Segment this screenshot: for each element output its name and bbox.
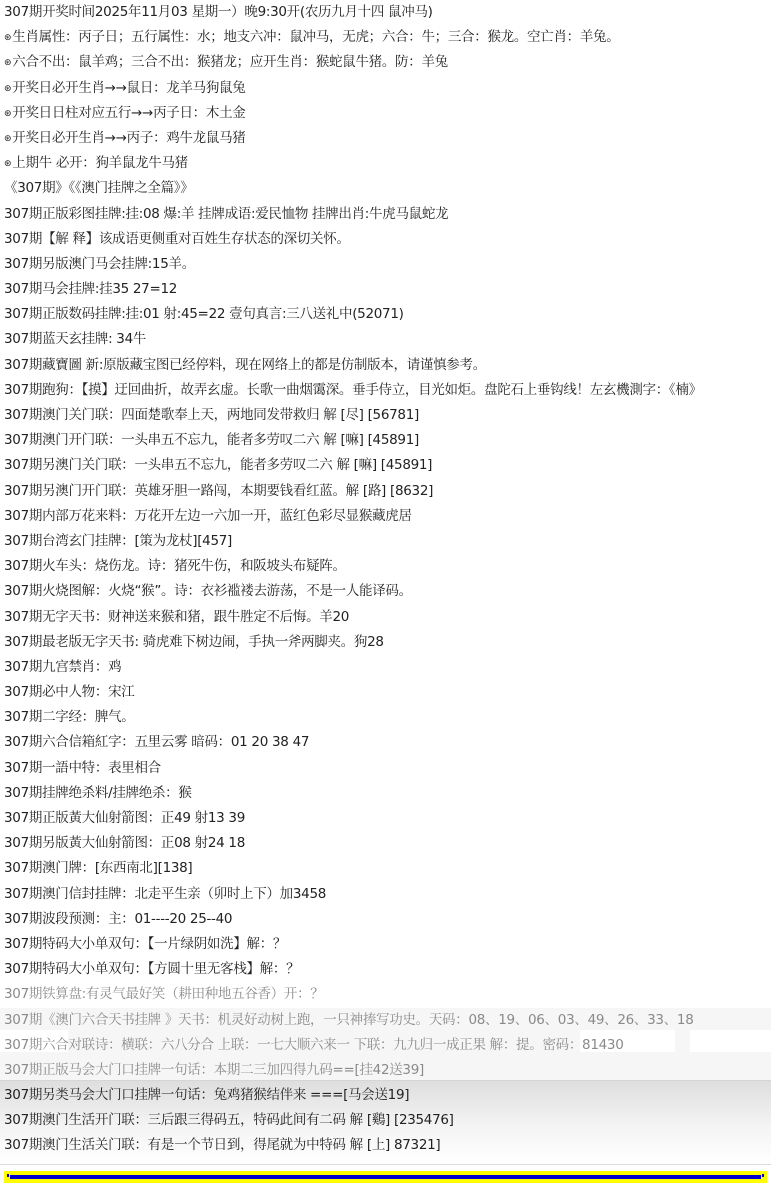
bottom-banner-bar	[4, 1171, 767, 1183]
text-line: 307期【解 释】该成语更侧重对百姓生存状态的深切关怀。	[0, 227, 771, 252]
text-line: 307期澳门信封挂牌：北走平生亲（卯时上下）加3458	[0, 882, 771, 907]
text-line: 307期无字天书：财神送来猴和猪，跟牛胜定不后悔。羊20	[0, 605, 771, 630]
bar-corner-mark	[762, 1174, 764, 1177]
text-line: 307期藏寶圖 新:原版藏宝图已经停料，现在网络上的都是仿制版本，请谨慎参考。	[0, 353, 771, 378]
section-title: 《307期》《《澳门挂牌之全篇》》	[0, 176, 771, 201]
text-line: 307期跑狗：【摸】迂回曲折，故弄玄虚。长歌一曲烟霭深。垂手侍立，目光如炬。盘陀…	[0, 378, 771, 403]
bullet-icon: ⊛	[4, 33, 11, 43]
bar-corner-mark	[7, 1174, 9, 1177]
text-line: 307期九宫禁肖：鸡	[0, 655, 771, 680]
text-line: 307期一語中特：表里相合	[0, 756, 771, 781]
text-line: 307期另澳门关门联：一头串五不忘九，能者多劳叹二六 解 [嘛] [45891]	[0, 453, 771, 478]
bullet-icon: ⊛	[4, 109, 11, 119]
text-line: 307期澳门生活开门联：三后跟三得码五，特码此间有二码 解 [鷄] [23547…	[0, 1108, 771, 1133]
bullet-line: ⊛生肖属性：丙子日；五行属性：水；地支六冲：鼠冲马，无虎；六合：牛；三合：猴龙。…	[0, 25, 771, 50]
bullet-line: ⊛六合不出：鼠羊鸡；三合不出：猴猪龙；应开生肖：猴蛇鼠牛猪。防：羊兔	[0, 50, 771, 75]
article-content: 307期开奖时间2025年11月03 星期一）晚9:30开(农历九月十四 鼠冲马…	[0, 0, 771, 1159]
text-line: 307期台湾玄门挂牌：[策为龙杖][457]	[0, 529, 771, 554]
bullet-icon: ⊛	[4, 58, 11, 68]
text-line: 307期另类马会大门口挂牌一句话：兔鸡猪猴结伴来 ===[马会送19]	[0, 1083, 771, 1108]
text-line: 307期必中人物：宋江	[0, 680, 771, 705]
text-line: 307期波段预测：主：01----20 25--40	[0, 907, 771, 932]
text-line: 307期六合信箱紅字：五里云雾 暗码：01 20 38 47	[0, 730, 771, 755]
text-line: 307期正版彩图挂牌:挂:08 爆:羊 挂牌成语:爱民恤物 挂牌出肖:牛虎马鼠蛇…	[0, 202, 771, 227]
faded-text-line: 307期六合对联诗：横联：六八分合 上联：一七大顺六来一 下联：九九归一成正果 …	[0, 1033, 771, 1058]
bar-inner-stripe	[10, 1175, 761, 1179]
text-line: 307期正版黃大仙射箭图：正49 射13 39	[0, 806, 771, 831]
text-line: 307期澳门牌：[东西南北][138]	[0, 856, 771, 881]
text-line: 307期内部万花来料：万花开左边一六加一开，蓝红色彩尽显猴藏虎居	[0, 504, 771, 529]
text-line: 307期蓝天玄挂牌: 34牛	[0, 327, 771, 352]
text-line: 307期另澳门开门联：英雄牙胆一路闯，本期要钱看红蓝。解 [路] [8632]	[0, 479, 771, 504]
text-line: 307期特码大小单双句：【方圆十里无客栈】解：？	[0, 957, 771, 982]
faded-text-line: 307期铁算盘:有灵气最好笑（耕田种地五谷香）开：？	[0, 982, 771, 1007]
text-line: 307期澳门开门联：一头串五不忘九，能者多劳叹二六 解 [嘛] [45891]	[0, 428, 771, 453]
bullet-line: ⊛上期牛 必开：狗羊鼠龙牛马猪	[0, 151, 771, 176]
text-line: 307期火烧图解：火烧“猴”。诗：衣衫褴褛去游荡，不是一人能译码。	[0, 579, 771, 604]
text-line: 307期最老版无字天书: 骑虎难下树边闹，手执一斧两脚夹。狗28	[0, 630, 771, 655]
text-line: 307期澳门关门联：四面楚歌奉上天，两地同发带救归 解 [尽] [56781]	[0, 403, 771, 428]
text-line: 307期另版澳门马会挂牌:15羊。	[0, 252, 771, 277]
text-line: 307期二字经：脾气。	[0, 705, 771, 730]
bullet-line: ⊛开奖日必开生肖→→丙子：鸡牛龙鼠马猪	[0, 126, 771, 151]
text-line: 307期澳门生活关门联：有是一个节日到，得尾就为中特码 解 [上] 87321]	[0, 1133, 771, 1158]
text-line: 307期另版黃大仙射箭图：正08 射24 18	[0, 831, 771, 856]
bullet-icon: ⊛	[4, 134, 11, 144]
faded-text-line: 307期正版马会大门口挂牌一句话：本期二三加四得九码==[挂42送39]	[0, 1058, 771, 1083]
text-line: 307期马会挂牌:挂35 27=12	[0, 277, 771, 302]
text-line: 307期挂牌绝杀料/挂牌绝杀：猴	[0, 781, 771, 806]
text-line: 307期特码大小单双句：【一片绿阴如洗】解：？	[0, 932, 771, 957]
bullet-line: ⊛开奖日日柱对应五行→→丙子日：木土金	[0, 101, 771, 126]
bullet-icon: ⊛	[4, 84, 11, 94]
bullet-icon: ⊛	[4, 159, 11, 169]
text-line: 307期火车头：烧伤龙。诗：猪死牛伤，和阪坡头布疑阵。	[0, 554, 771, 579]
faded-text-line: 307期《澳门六合天书挂牌 》天书：机灵好动树上跑，一只神捧写功史。天码：08、…	[0, 1008, 771, 1033]
draw-time-header: 307期开奖时间2025年11月03 星期一）晚9:30开(农历九月十四 鼠冲马…	[0, 0, 771, 25]
text-line: 307期正版数码挂牌:挂:01 射:45=22 壹句真言:三八送礼中(52071…	[0, 302, 771, 327]
bullet-line: ⊛开奖日必开生肖→→鼠日：龙羊马狗鼠兔	[0, 76, 771, 101]
